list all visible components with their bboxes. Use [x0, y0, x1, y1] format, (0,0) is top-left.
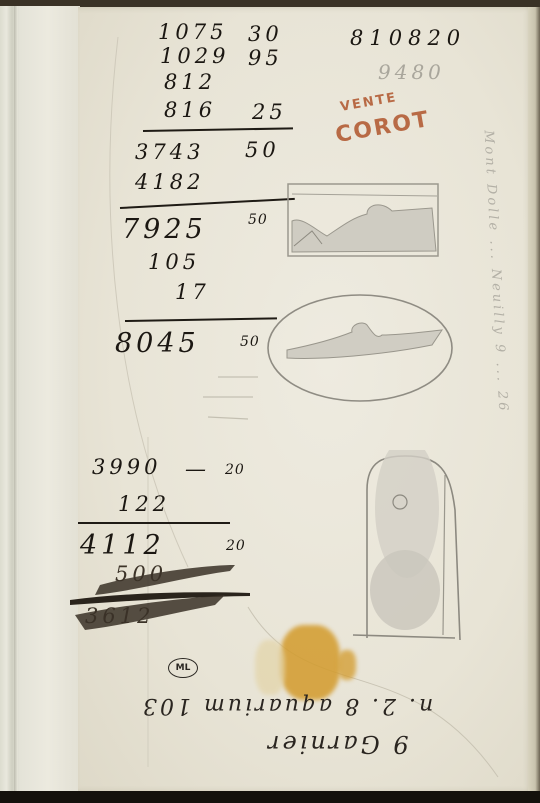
- sketch-rectangular-landscape: [282, 176, 447, 261]
- sum3-dash: —: [185, 457, 206, 481]
- sketch-arched-figure: [345, 450, 465, 650]
- binding-bottom-edge: [0, 791, 540, 803]
- ochre-stain-halo: [255, 640, 285, 695]
- ochre-stain-drip: [338, 650, 356, 680]
- inverted-inscription-line-2: 9 Garnier: [265, 730, 409, 758]
- collector-mark-ml: ML: [168, 658, 198, 678]
- sum3-row-2-main: 122: [118, 492, 170, 516]
- sum2-total-cents: 50: [240, 334, 260, 350]
- sum-rule-4: [78, 522, 230, 524]
- top-ink-number: 810820: [350, 26, 466, 50]
- flyleaf: [0, 6, 80, 794]
- sum2-row-1-cents: 50: [248, 212, 268, 228]
- sum-row-2-cents: 95: [248, 46, 283, 70]
- sum-row-4-main: 816: [164, 98, 216, 122]
- sum-row-2-main: 1029: [160, 44, 229, 68]
- sum-row-1-cents: 30: [248, 22, 283, 46]
- top-pencil-number: 9480: [378, 60, 445, 84]
- sum2-row-1-main: 7925: [122, 214, 207, 245]
- sum2-total-main: 8045: [115, 328, 200, 359]
- ink-strikeout-smears: [65, 555, 255, 635]
- sketch-oval-landscape: [262, 290, 457, 405]
- sum-row-1-main: 1075: [158, 20, 227, 44]
- sum-total-1-cents: 50: [245, 138, 280, 162]
- inverted-inscription-line-1: n. 2. 8 aquarium 103: [140, 693, 433, 718]
- sum-total-1-main: 3743: [135, 140, 204, 164]
- ochre-stain: [280, 625, 340, 700]
- sum3-row-1-main: 3990: [92, 455, 161, 479]
- flyleaf-fold: [14, 6, 18, 794]
- sum2-row-3-main: 17: [175, 280, 210, 304]
- sum-row-4-cents: 25: [252, 100, 287, 124]
- sum-addend-1-main: 4182: [135, 170, 204, 194]
- sum-row-3-main: 812: [164, 70, 216, 94]
- sum3-total-cents: 20: [226, 538, 246, 554]
- sum3-row-1-cents: 20: [225, 462, 245, 478]
- sum2-row-2-main: 105: [148, 250, 200, 274]
